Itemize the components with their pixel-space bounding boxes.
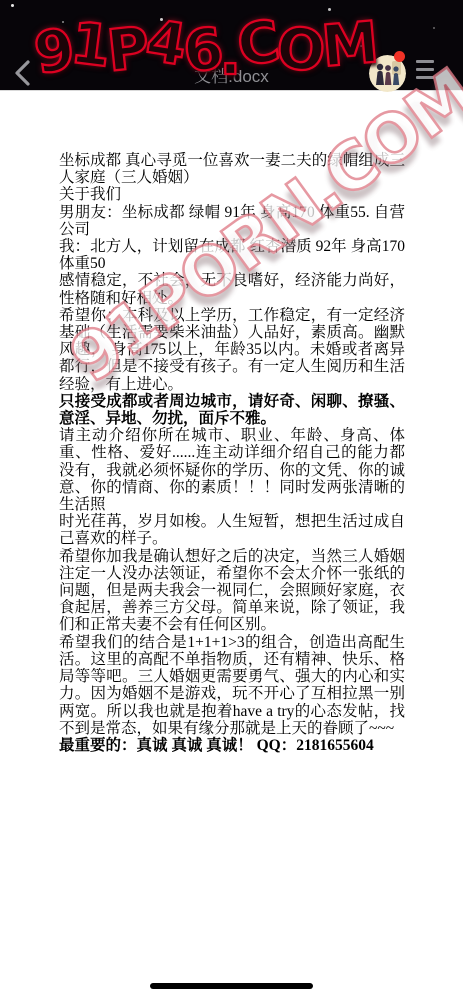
- star-speckle: [251, 38, 253, 40]
- paragraph: 希望你：本科及以上学历，工作稳定，有一定经济基础（生活需要柴米油盐）人品好，素质…: [59, 307, 405, 393]
- paragraph: 时光荏苒，岁月如梭。人生短暂，想把生活过成自己喜欢的样子。: [59, 513, 405, 547]
- notification-dot: [394, 51, 405, 62]
- paragraph: 只接受成都或者周边城市，请好奇、闲聊、撩骚、意淫、异地、勿扰，面斥不雅。: [59, 393, 405, 427]
- home-indicator[interactable]: [150, 983, 313, 989]
- paragraph: 坐标成都 真心寻觅一位喜欢一妻二夫的绿帽组成三人家庭（三人婚姻）: [59, 152, 405, 186]
- paragraph: 关于我们: [59, 186, 405, 203]
- star-speckle: [11, 4, 14, 7]
- document-page: 坐标成都 真心寻觅一位喜欢一妻二夫的绿帽组成三人家庭（三人婚姻）关于我们男朋友：…: [0, 90, 463, 1000]
- paragraph: 希望我们的结合是1+1+1>3的组合，创造出高配生活。这里的高配不单指物质，还有…: [59, 634, 405, 737]
- screen: 文档.docx 91P46.COM 坐标成都 真心寻觅一位喜欢一妻二夫的绿帽组成…: [0, 0, 463, 1000]
- paragraph: 希望你加我是确认想好之后的决定，当然三人婚姻注定一人没办法领证，希望你不会太介怀…: [59, 548, 405, 634]
- star-speckle: [433, 27, 435, 29]
- avatar[interactable]: [369, 55, 406, 92]
- star-speckle: [160, 18, 163, 21]
- star-speckle: [95, 56, 97, 58]
- paragraph: 我：北方人，计划留在成都 红杏潜质 92年 身高170 体重50: [59, 238, 405, 272]
- paragraph: 请主动介绍你所在城市、职业、年龄、身高、体重、性格、爱好......连主动详细介…: [59, 427, 405, 513]
- star-speckle: [328, 8, 331, 11]
- paragraph: 感情稳定，不社会，无不良嗜好，经济能力尚好，性格随和好相处。: [59, 272, 405, 306]
- star-speckle: [360, 45, 362, 47]
- paragraph: 最重要的：真诚 真诚 真诚！ QQ：2181655604: [59, 737, 405, 754]
- document-body: 坐标成都 真心寻觅一位喜欢一妻二夫的绿帽组成三人家庭（三人婚姻）关于我们男朋友：…: [59, 152, 405, 754]
- paragraph: 男朋友：坐标成都 绿帽 91年 身高170 体重55. 自营公司: [59, 204, 405, 238]
- app-header: 文档.docx: [0, 0, 463, 90]
- star-speckle: [62, 21, 64, 23]
